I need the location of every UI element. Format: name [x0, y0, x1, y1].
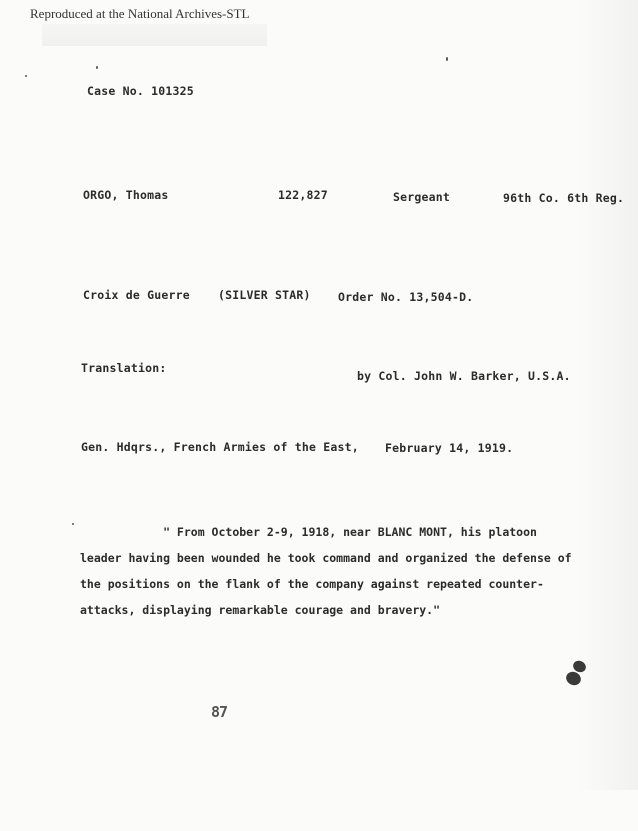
- page-number-mark: 87: [211, 703, 227, 721]
- order-number: Order No. 13,504-D.: [338, 290, 473, 304]
- soldier-name: ORGO, Thomas: [83, 188, 168, 202]
- headquarters: Gen. Hdqrs., French Armies of the East,: [81, 440, 359, 454]
- archive-stamp: Reproduced at the National Archives-STL: [30, 6, 250, 22]
- citation-line: " From October 2-9, 1918, near BLANC MON…: [80, 526, 615, 539]
- award-name: Croix de Guerre: [83, 288, 190, 302]
- citation-line: the positions on the flank of the compan…: [80, 578, 615, 591]
- translator: by Col. John W. Barker, U.S.A.: [357, 369, 571, 383]
- speck: [72, 523, 74, 525]
- stamp-shading: [42, 24, 267, 46]
- citation-text: " From October 2-9, 1918, near BLANC MON…: [80, 513, 615, 630]
- speck: [96, 66, 98, 69]
- page-edge-shading: [578, 0, 638, 790]
- citation-line: leader having been wounded he took comma…: [80, 552, 615, 565]
- translation-label: Translation:: [81, 361, 166, 375]
- speck: [446, 57, 448, 61]
- speck: [25, 75, 27, 77]
- rank: Sergeant: [393, 190, 450, 204]
- citation-date: February 14, 1919.: [385, 441, 513, 455]
- citation-line: attacks, displaying remarkable courage a…: [80, 604, 615, 617]
- unit: 96th Co. 6th Reg.: [503, 191, 624, 205]
- award-equivalent: (SILVER STAR): [218, 288, 311, 302]
- case-number: Case No. 101325: [87, 84, 194, 98]
- serial-number: 122,827: [278, 188, 328, 202]
